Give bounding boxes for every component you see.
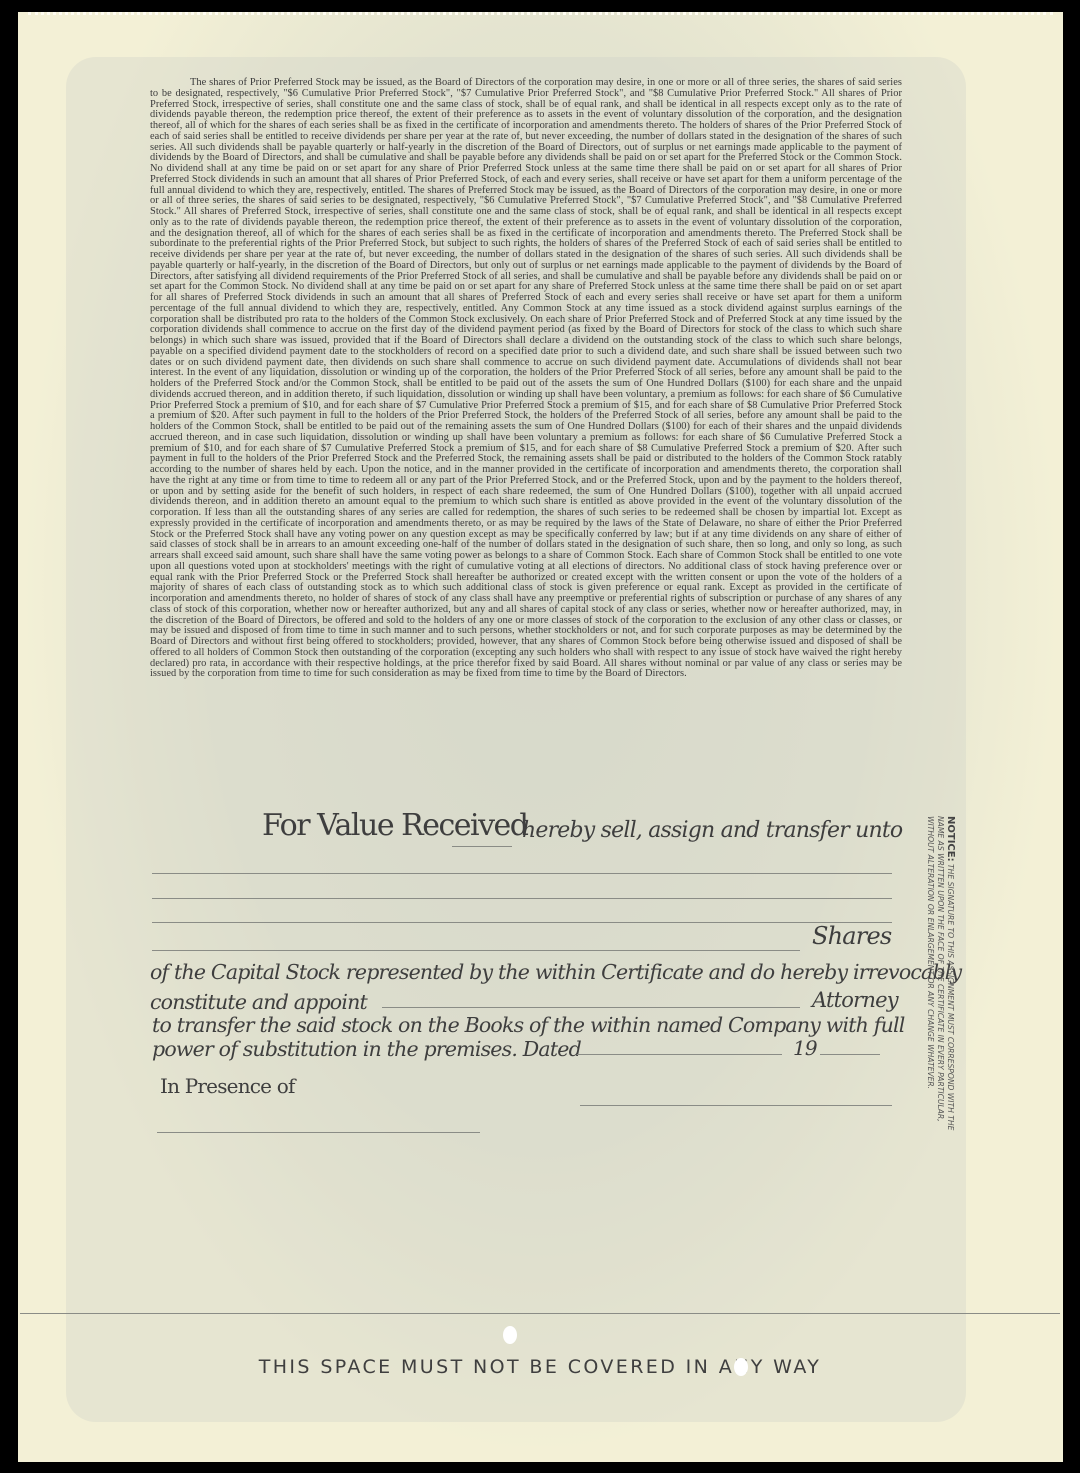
date-line[interactable] [577,1054,782,1055]
witness-signature-line[interactable] [157,1132,480,1133]
signature-line[interactable] [580,1105,892,1106]
assignee-line-3[interactable] [152,922,892,923]
shares-label: Shares [812,922,891,950]
notice-text: The signature to this assignment must co… [926,816,955,1130]
in-presence-of-label: In Presence of [160,1074,295,1098]
punch-hole [503,1326,517,1344]
shares-count-line[interactable] [152,950,800,951]
power-of-substitution-text: power of substitution in the premises. D… [152,1037,581,1061]
assignee-line-2[interactable] [152,898,892,899]
signature-notice: NOTICE: The signature to this assignment… [915,816,955,1146]
assignor-name-line[interactable] [452,846,512,847]
bottom-separator-line [20,1313,1060,1314]
punch-hole [734,1358,748,1376]
attorney-label: Attorney [812,988,898,1012]
attorney-name-line[interactable] [382,1007,800,1008]
notice-label: NOTICE: [945,816,956,862]
hereby-sell-text: hereby sell, assign and transfer unto [522,818,902,843]
constitute-appoint-text: constitute and appoint [150,990,367,1014]
legal-terms-text: The shares of Prior Preferred Stock may … [150,78,902,680]
year-line[interactable] [820,1054,880,1055]
do-not-cover-warning: THIS SPACE MUST NOT BE COVERED IN ANY WA… [0,1356,1080,1378]
year-prefix: 19 [793,1036,817,1060]
capital-stock-text: of the Capital Stock represented by the … [150,960,961,984]
legal-terms-paragraph: The shares of Prior Preferred Stock may … [150,78,902,680]
transfer-text: to transfer the said stock on the Books … [152,1013,905,1037]
assignee-line-1[interactable] [152,873,892,874]
for-value-received-heading: For Value Received [262,808,528,843]
